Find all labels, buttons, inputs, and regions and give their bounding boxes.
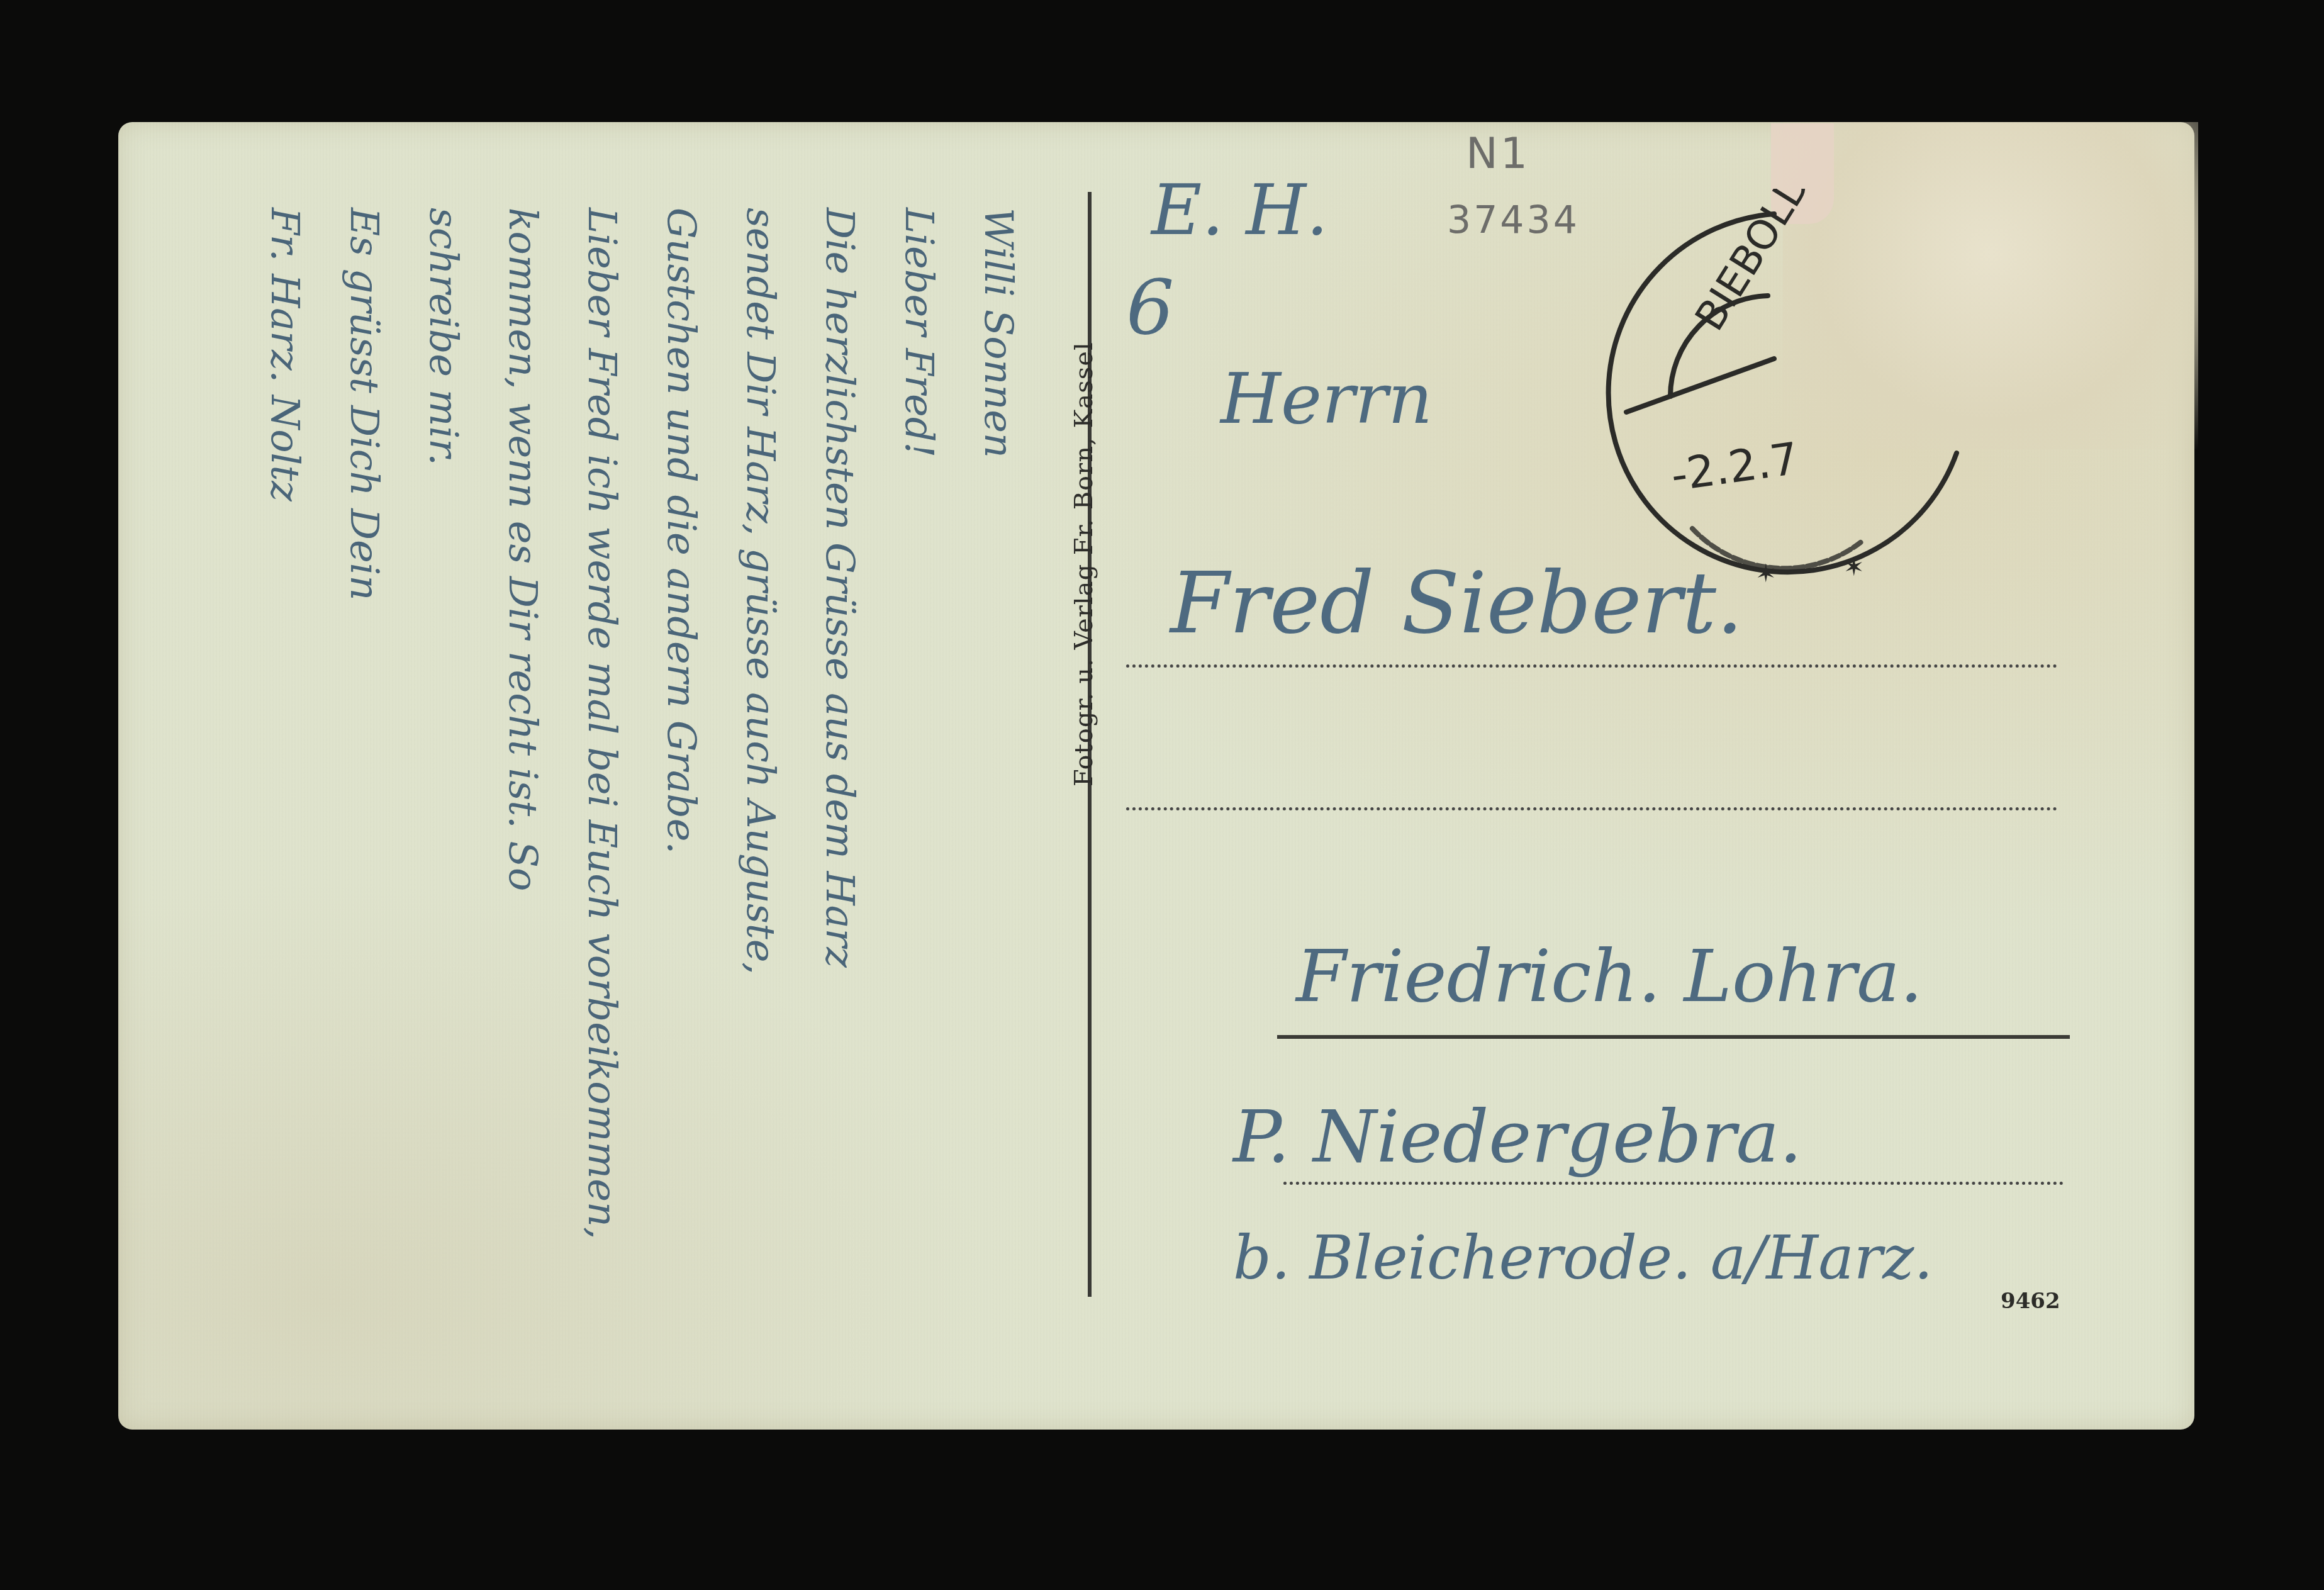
postmark-town: BIEBOLDER (1687, 189, 1848, 339)
message-line: sendet Dir Harz, grüsse auch Auguste, (721, 208, 800, 1240)
archive-mark-line2: 37434 (1447, 198, 1580, 242)
message-line: Gustchen und die andern Grabe. (642, 208, 721, 1240)
publisher-imprint: Fotogr. u. Verlag Fr. Born, Kassel (1070, 342, 1098, 787)
message-line: Lieber Fred! (880, 208, 959, 1240)
message-line: Es grüsst Dich Dein (325, 208, 404, 1240)
archive-mark-line1: N1 (1466, 129, 1530, 179)
address-line-3 (1283, 1182, 2064, 1185)
postmark-date: -2.2.7 (1668, 432, 1802, 501)
address-line3-text: P. Niedergebra. (1233, 1095, 1802, 1179)
message-line: kommen, wenn es Dir recht ist. So (483, 208, 562, 1240)
address-line-1 (1126, 664, 2057, 668)
postmark-star-icon: ✶ (1843, 553, 1865, 582)
message-line: Die herzlichsten Grüsse aus dem Harz (800, 208, 880, 1240)
address-underline (1277, 1035, 2070, 1039)
address-line2-text: Friedrich. Lohra. (1296, 934, 1923, 1019)
address-note-numeral: 6 (1126, 264, 1174, 352)
postmark-star-icon: ✶ (1755, 559, 1777, 588)
address-note: E. H. (1151, 170, 1328, 250)
message-line: Fr. Harz. Noltz (245, 208, 325, 1240)
handwritten-message: Willi Sonnen Lieber Fred! Die herzlichst… (245, 208, 1038, 1240)
message-line: Willi Sonnen (959, 208, 1038, 1240)
message-line: schreibe mir. (404, 208, 483, 1240)
address-line-2 (1126, 807, 2057, 810)
address-line4-text: b. Bleicherode. a/Harz. (1233, 1224, 1933, 1293)
recipient-name: Fred Siebert. (1170, 554, 1743, 652)
message-line: Lieber Fred ich werde mal bei Euch vorbe… (562, 208, 642, 1240)
card-number: 9462 (2001, 1289, 2060, 1314)
address-salutation: Herrn (1221, 359, 1433, 439)
postmark-icon: BIEBOLDER -2.2.7 ✶ ✶ (1567, 189, 1975, 598)
